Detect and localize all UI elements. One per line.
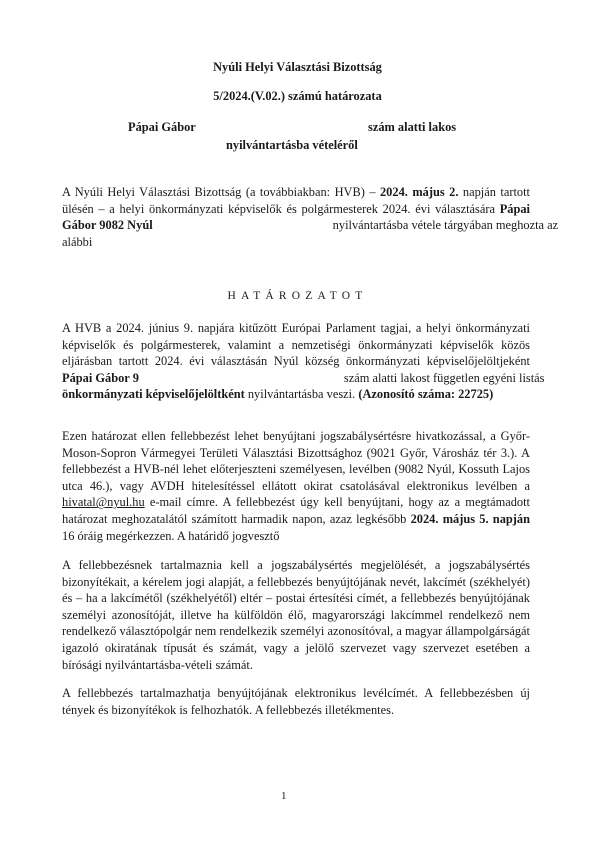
appeal-line-5: hivatal@nyul.hu e-mail címre. A fellebbe… (62, 494, 530, 511)
identifier-number: (Azonosító száma: 22725) (358, 387, 493, 401)
content-line-5: rendelkező választópolgár nem rendelkezi… (62, 623, 530, 640)
appeal-line-7: 16 óráig megérkezzen. A határidő jogvesz… (62, 528, 530, 545)
appeal-line-3: fellebbezést a HVB-nél lehet előterjeszt… (62, 461, 530, 478)
intro-line-3: Gábor 9082 Nyúlnyilvántartásba vétele tá… (62, 217, 530, 234)
subject-line-2: nyilvántartásba vételéről (226, 138, 358, 153)
decision-line-2: képviselők és polgármesterek, valamint a… (62, 337, 530, 354)
decision-line-1: A HVB a 2024. június 9. napjára kitűzött… (62, 320, 530, 337)
page-number: 1 (281, 790, 287, 802)
appeal-line-1: Ezen határozat ellen fellebbezést lehet … (62, 428, 530, 445)
appeal-paragraph: Ezen határozat ellen fellebbezést lehet … (62, 428, 530, 544)
decision-line-3: eljárásban tartott 2024. évi választásán… (62, 353, 530, 370)
content-line-3: és – ha a lakcímétől (székhelyétől) elté… (62, 590, 530, 607)
content-line-7: bírósági nyilvántartásba-vételi számát. (62, 657, 530, 674)
decision-paragraph: A HVB a 2024. június 9. napjára kitűzött… (62, 320, 530, 403)
content-line-1: A fellebbezésnek tartalmaznia kell a jog… (62, 557, 530, 574)
decision-line-5: önkormányzati képviselőjelöltként nyilvá… (62, 386, 530, 403)
email-link[interactable]: hivatal@nyul.hu (62, 495, 145, 509)
decision-heading: HATÁROZATOT (0, 290, 595, 302)
appeal-line-6: határozat meghozatalától számított harma… (62, 511, 530, 528)
optional-line-1: A fellebbezés tartalmazhatja benyújtóján… (62, 685, 530, 702)
decision-line-4: Pápai Gábor 9szám alatti lakost függetle… (62, 370, 530, 387)
appeal-line-4: utca 46.), vagy AVDH hitelesítéssel ellá… (62, 478, 530, 495)
content-line-2: bizonyítékait, a kérelem jogi alapját, a… (62, 574, 530, 591)
committee-name: Nyúli Helyi Választási Bizottság (0, 60, 595, 75)
optional-content-paragraph: A fellebbezés tartalmazhatja benyújtóján… (62, 685, 530, 718)
appeal-line-2: Moson-Sopron Vármegyei Területi Választá… (62, 445, 530, 462)
intro-paragraph: A Nyúli Helyi Választási Bizottság (a to… (62, 184, 530, 250)
intro-line-2: ülésén – a helyi önkormányzati képviselő… (62, 201, 530, 218)
content-line-4: személyi azonosítóját, illetve ha külföl… (62, 607, 530, 624)
intro-line-1: A Nyúli Helyi Választási Bizottság (a to… (62, 184, 530, 201)
optional-line-2: tények és bizonyítékok is felhozhatók. A… (62, 702, 530, 719)
resolution-number: 5/2024.(V.02.) számú határozata (0, 89, 595, 104)
subject-name: Pápai Gábor (128, 120, 196, 135)
content-line-6: igazoló okiratának típusát és számát, va… (62, 640, 530, 657)
content-requirements-paragraph: A fellebbezésnek tartalmaznia kell a jog… (62, 557, 530, 673)
subject-address-suffix: szám alatti lakos (368, 120, 456, 135)
intro-line-4: alábbi (62, 234, 530, 251)
